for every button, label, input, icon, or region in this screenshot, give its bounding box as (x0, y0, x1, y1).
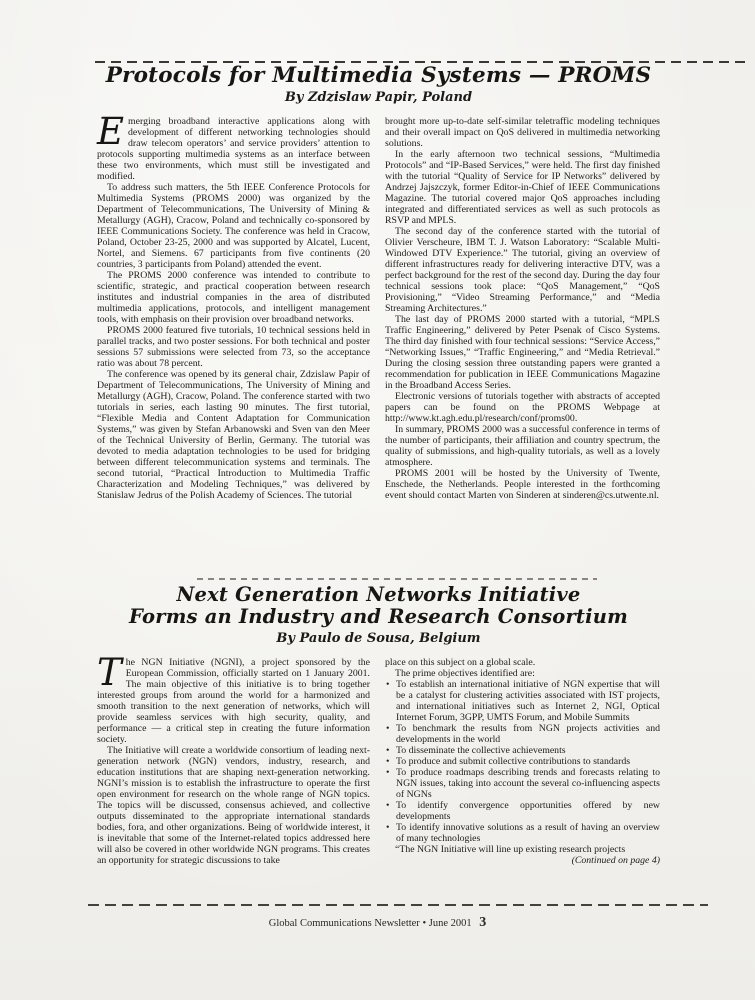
article1-byline: By Zdzislaw Papir, Poland (97, 90, 660, 105)
article1-paragraph-lead-text: merging broadband interactive applicatio… (97, 116, 370, 182)
article2-byline: By Paulo de Sousa, Belgium (97, 631, 660, 646)
objective-item: To produce and submit collective contrib… (385, 756, 660, 767)
article2-intro-continuation: place on this subject on a global scale. (385, 657, 660, 668)
article1-drop-cap: E (97, 116, 128, 147)
newsletter-page: Protocols for Multimedia Systems — PROMS… (0, 0, 755, 1000)
page-footer: Global Communications Newsletter • June … (0, 915, 755, 931)
article2-column-left: The NGN Initiative (NGNI), a project spo… (97, 657, 370, 866)
article-divider-dashed-rule (197, 578, 597, 580)
objective-item: To establish an international initiative… (385, 679, 660, 723)
objective-item: To identify convergence opportunities of… (385, 800, 660, 822)
article1-paragraph: In the early afternoon two technical ses… (385, 149, 660, 226)
article1-title: Protocols for Multimedia Systems — PROMS (97, 64, 660, 87)
footer-issue-date: June 2001 (429, 918, 472, 929)
article1-column-left: Emerging broadband interactive applicati… (97, 116, 370, 501)
objective-item: To produce roadmaps describing trends an… (385, 767, 660, 800)
article1-paragraph: The PROMS 2000 conference was intended t… (97, 270, 370, 325)
article1-paragraph: The conference was opened by its general… (97, 369, 370, 501)
article2-paragraph-lead-text: he NGN Initiative (NGNI), a project spon… (97, 657, 370, 745)
article1-paragraph-lead: Emerging broadband interactive applicati… (97, 116, 370, 182)
article1-paragraph: The last day of PROMS 2000 started with … (385, 314, 660, 391)
continued-on-page-note: (Continued on page 4) (385, 855, 660, 866)
article1-paragraph: In summary, PROMS 2000 was a successful … (385, 424, 660, 468)
article2-column-right: place on this subject on a global scale.… (385, 657, 660, 866)
article1-header: Protocols for Multimedia Systems — PROMS… (97, 64, 660, 105)
objective-item: To benchmark the results from NGN projec… (385, 723, 660, 745)
article1-paragraph: PROMS 2000 featured five tutorials, 10 t… (97, 325, 370, 369)
article2-paragraph: The Initiative will create a worldwide c… (97, 745, 370, 866)
article2-header: Next Generation Networks Initiative Form… (97, 584, 660, 646)
footer-separator: • (422, 918, 426, 929)
objective-item: To identify innovative solutions as a re… (385, 822, 660, 844)
footer-newsletter-name: Global Communications Newsletter (269, 918, 420, 929)
article1-paragraph: The second day of the conference started… (385, 226, 660, 314)
article1-paragraph-webpage: Electronic versions of tutorials togethe… (385, 391, 660, 424)
article2-closing-quote: “The NGN Initiative will line up existin… (385, 844, 660, 855)
article2-title-line1: Next Generation Networks Initiative (97, 584, 660, 606)
article2-objectives-list: To establish an international initiative… (385, 679, 660, 844)
article2-paragraph-lead: The NGN Initiative (NGNI), a project spo… (97, 657, 370, 745)
article2-drop-cap: T (97, 657, 126, 688)
article2-title-line2: Forms an Industry and Research Consortiu… (97, 606, 660, 628)
article1-paragraph: brought more up-to-date self-similar tel… (385, 116, 660, 149)
article2-objectives-lead: The prime objectives identified are: (385, 668, 660, 679)
bottom-dashed-rule (88, 904, 708, 906)
article1-paragraph-contact: PROMS 2001 will be hosted by the Univers… (385, 468, 660, 501)
footer-page-number: 3 (479, 915, 486, 930)
article1-column-right: brought more up-to-date self-similar tel… (385, 116, 660, 501)
objective-item: To disseminate the collective achievemen… (385, 745, 660, 756)
article1-paragraph: To address such matters, the 5th IEEE Co… (97, 182, 370, 270)
